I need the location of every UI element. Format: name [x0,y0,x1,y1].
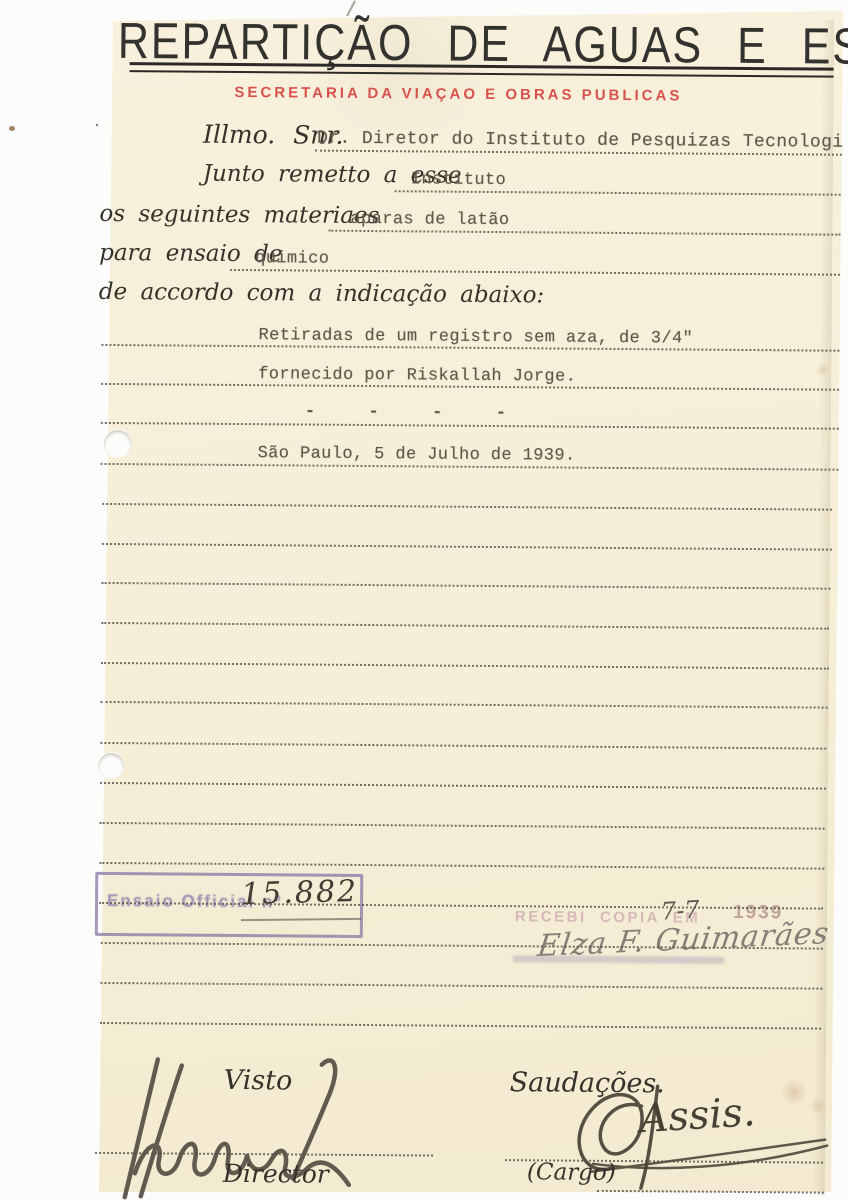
detail-line2-typed: fornecido por Riskallah Jorge. [258,365,576,386]
ensaio-number-handwritten: 15.882 [241,874,359,912]
ruled-line [102,503,832,511]
form-line2-typed: Instituto [411,170,507,190]
date-line-typed: São Paulo, 5 de Julho de 1939. [258,444,576,465]
director-label: Director [223,1159,329,1189]
ruled-line [100,1022,821,1030]
form-line4-typed: quimico [255,249,329,269]
scanned-document: REPARTIÇÃO DE AGUAS E ESGOTOS SECRETARIA… [0,0,848,1200]
form-line1-typed: Dr. Diretor do Instituto de Pesquizas Te… [317,129,844,153]
form-line3-typed: aparas de latão [350,210,509,230]
ruled-line [395,190,841,196]
punch-hole [98,753,124,779]
ruled-line [102,543,832,551]
ruled-line [99,862,824,870]
ruled-line [102,582,831,590]
paper-right-edge-shadow [813,20,834,1196]
form-line3-printed: os seguintes materiaes [99,201,379,229]
ruled-line [597,1190,824,1194]
punch-hole [104,430,132,458]
ruled-line [100,742,826,750]
separator-dashes: - - - - [305,403,507,424]
letterhead-subtitle: SECRETARIA DA VIAÇAO E OBRAS PUBLICAS [234,84,664,104]
cargo-label: (Cargo) [527,1159,616,1186]
ruled-line [101,422,839,430]
ruled-line [100,982,822,990]
ruled-line [101,622,829,630]
paper-content: REPARTIÇÃO DE AGUAS E ESGOTOS SECRETARIA… [0,0,848,1200]
ruled-line [100,782,826,790]
form-line5-printed: de accordo com a indicação abaixo: [99,279,545,308]
assis-flourish [589,1132,829,1182]
ruled-line [101,701,828,709]
ruled-line [230,269,840,276]
ruled-line [101,662,829,670]
ruled-lines-layer [0,0,848,6]
ruled-line [328,230,840,236]
ruled-line [100,822,825,830]
